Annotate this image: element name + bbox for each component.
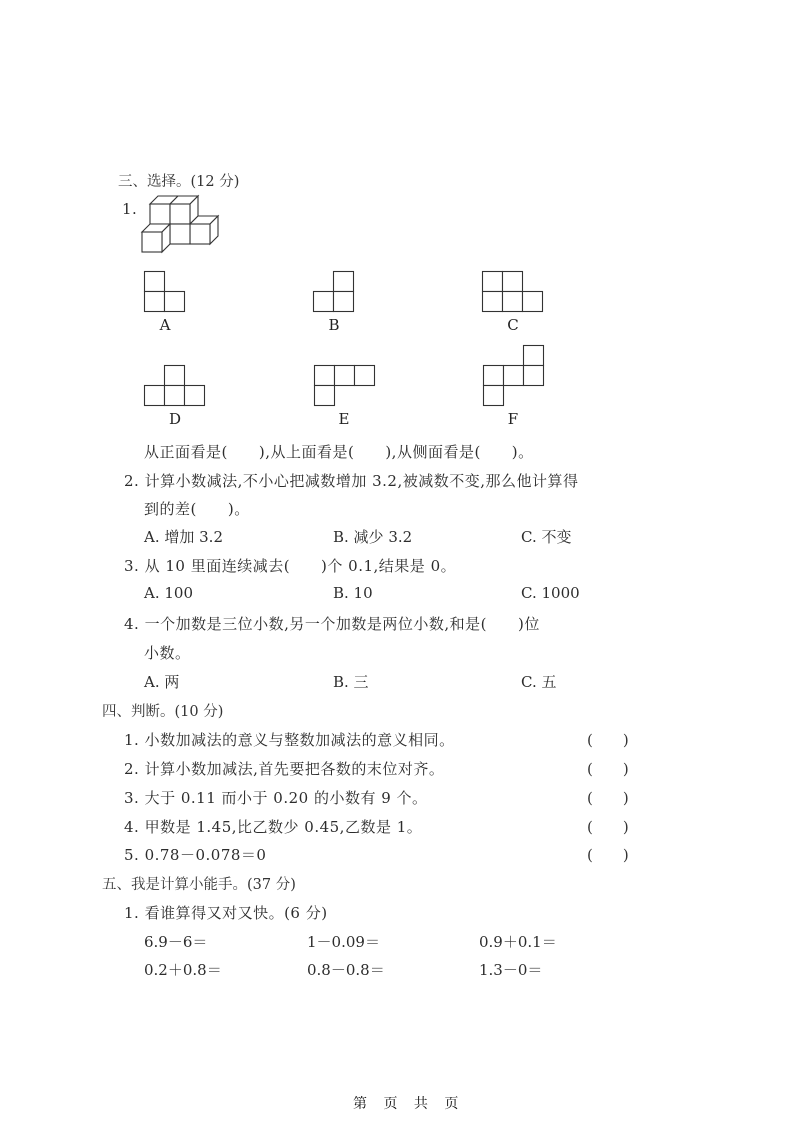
judgment-item-3-text: 3. 大于 0.11 而小于 0.20 的小数有 9 个。 — [124, 787, 428, 808]
question-3-option-a[interactable]: A. 100 — [144, 584, 193, 602]
calc-problem-r1c2: 1－0.09＝ — [307, 931, 380, 952]
question-2-line-2: 到的差( )。 — [144, 498, 250, 519]
question-1-number: 1. — [122, 200, 137, 218]
judgment-item-2-answer-blank[interactable]: ( ) — [587, 758, 629, 779]
view-option-f-label: F — [493, 410, 533, 428]
view-option-e-figure — [314, 365, 376, 407]
question-4-option-a[interactable]: A. 两 — [144, 671, 179, 692]
view-option-c-figure — [482, 271, 544, 313]
calc-problem-r1c3: 0.9＋0.1＝ — [479, 931, 557, 952]
question-4-line-2: 小数。 — [144, 642, 191, 663]
section-4-title: 四、判断。(10 分) — [102, 700, 223, 721]
view-option-b-label: B — [314, 316, 354, 334]
view-option-e-label: E — [324, 410, 364, 428]
judgment-item-5-answer-blank[interactable]: ( ) — [587, 844, 629, 865]
view-option-a-figure — [144, 271, 186, 313]
question-3-option-c[interactable]: C. 1000 — [521, 584, 580, 602]
question-2-option-a[interactable]: A. 增加 3.2 — [144, 526, 223, 547]
judgment-item-3-answer-blank[interactable]: ( ) — [587, 787, 629, 808]
question-4-option-c[interactable]: C. 五 — [521, 671, 556, 692]
judgment-item-5-text: 5. 0.78－0.078＝0 — [124, 844, 266, 865]
page-footer: 第 页 共 页 — [353, 1093, 464, 1113]
question-2-option-b[interactable]: B. 减少 3.2 — [333, 526, 412, 547]
cube-stack-figure — [140, 196, 220, 266]
view-option-c-label: C — [493, 316, 533, 334]
calc-problem-r2c1: 0.2＋0.8＝ — [144, 959, 222, 980]
judgment-item-4-text: 4. 甲数是 1.45,比乙数少 0.45,乙数是 1。 — [124, 816, 422, 837]
calc-problem-r2c3: 1.3－0＝ — [479, 959, 542, 980]
section-3-title: 三、选择。(12 分) — [118, 170, 239, 191]
view-option-d-figure — [144, 365, 206, 407]
question-4-line-1: 4. 一个加数是三位小数,另一个加数是两位小数,和是( )位 — [124, 613, 540, 634]
judgment-item-1-answer-blank[interactable]: ( ) — [587, 729, 629, 750]
section-5-title: 五、我是计算小能手。(37 分) — [102, 873, 296, 894]
calc-problem-r1c1: 6.9－6＝ — [144, 931, 207, 952]
judgment-item-2-text: 2. 计算小数加减法,首先要把各数的末位对齐。 — [124, 758, 444, 779]
question-2-option-c[interactable]: C. 不变 — [521, 526, 571, 547]
judgment-item-4-answer-blank[interactable]: ( ) — [587, 816, 629, 837]
calc-question-1-title: 1. 看谁算得又对又快。(6 分) — [124, 902, 328, 923]
judgment-item-1-text: 1. 小数加减法的意义与整数加减法的意义相同。 — [124, 729, 455, 750]
question-3-line-1: 3. 从 10 里面连续减去( )个 0.1,结果是 0。 — [124, 555, 456, 576]
view-option-f-figure — [483, 345, 545, 407]
question-2-line-1: 2. 计算小数减法,不小心把减数增加 3.2,被减数不变,那么他计算得 — [124, 470, 579, 491]
question-4-option-b[interactable]: B. 三 — [333, 671, 369, 692]
view-option-a-label: A — [145, 316, 185, 334]
view-option-b-figure — [313, 271, 355, 313]
question-1-prompt: 从正面看是( ),从上面看是( ),从侧面看是( )。 — [144, 441, 534, 462]
calc-problem-r2c2: 0.8－0.8＝ — [307, 959, 385, 980]
question-3-option-b[interactable]: B. 10 — [333, 584, 373, 602]
view-option-d-label: D — [155, 410, 195, 428]
